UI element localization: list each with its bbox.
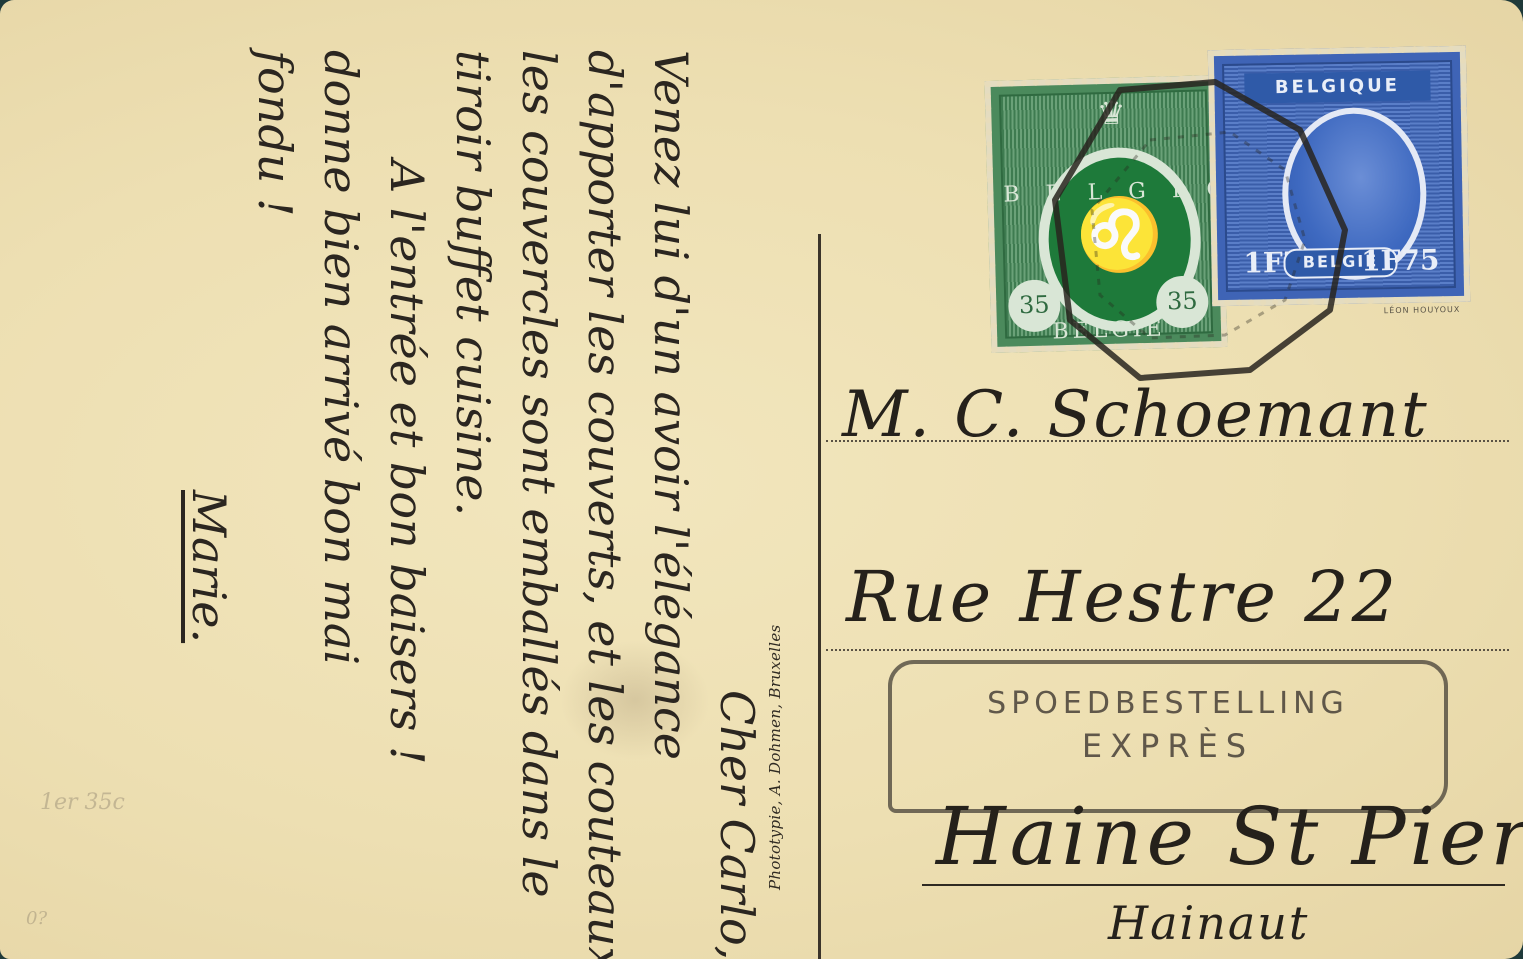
recipient-region: Hainaut [1108, 896, 1309, 950]
pencil-note: 1er 35c [40, 790, 125, 815]
center-divider [818, 234, 821, 959]
stamp-green-lion: ♛ ♌ BELGIQUE BELGIË 35 35 [984, 75, 1227, 353]
lion-icon: ♌ [1048, 198, 1192, 272]
message-line: Venez lui d'un avoir l'élégance [638, 50, 704, 910]
message-line: donne bien arrivé bon mai [308, 50, 374, 910]
recipient-name: M. C. Schoemant [842, 378, 1429, 452]
stamp-blue-king: BELGIQUE 1F75 BELGIE 1F75 LÉON HOUYOUX [1208, 46, 1470, 306]
message-line: les couvercles sont emballés dans le [506, 50, 572, 910]
message-greeting: Cher Carlo, [704, 50, 770, 910]
stamp-engraver: LÉON HOUYOUX [1384, 305, 1461, 315]
crown-icon: ♛ [1071, 93, 1152, 135]
message-line: d'apporter les couverts, et les couteaux [572, 50, 638, 910]
stamp-value-right: 1F75 [1361, 243, 1440, 277]
printer-credit: Phototypie, A. Dohmen, Bruxelles [766, 624, 784, 890]
recipient-city: Haine St Pierre [936, 790, 1523, 883]
address-underline [922, 884, 1505, 886]
message-line: fondu ! [242, 50, 308, 910]
postcard: Cher Carlo, Venez lui d'un avoir l'éléga… [0, 0, 1523, 959]
recipient-street: Rue Hestre 22 [846, 556, 1399, 638]
cachet-line-1: SPOEDBESTELLING [892, 686, 1444, 721]
message-line: tiroir buffet cuisine. [440, 50, 506, 910]
pencil-note: 0? [26, 908, 47, 929]
message-line: A l'entrée et bon baisers ! [374, 50, 440, 910]
stamp-country-top: BELGIQUE [1003, 177, 1208, 207]
address-dotted-line [826, 649, 1509, 651]
message-signature: Marie. [176, 50, 242, 910]
handwritten-message: Cher Carlo, Venez lui d'un avoir l'éléga… [70, 20, 770, 880]
cachet-line-2: EXPRÈS [892, 727, 1444, 765]
stamp-country-top: BELGIQUE [1244, 70, 1430, 103]
